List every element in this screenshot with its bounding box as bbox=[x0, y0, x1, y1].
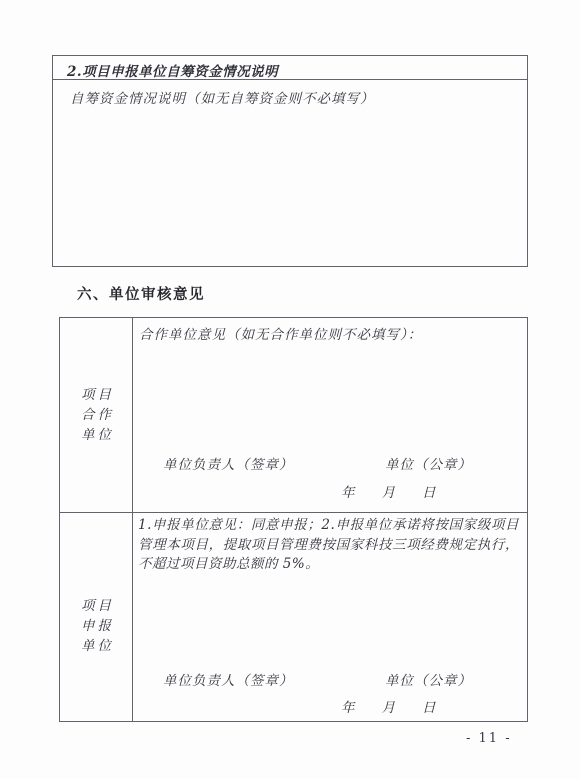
self-fund-table: 2.项目申报单位自筹资金情况说明 自筹资金情况说明（如无自筹资金则不必填写） bbox=[52, 55, 528, 267]
applicant-seal-label: 单位（公章） bbox=[385, 669, 472, 689]
cooperation-opinion-cell: 合作单位意见（如无合作单位则不必填写）： 单位负责人（签章） 单位（公章） 年 … bbox=[133, 318, 527, 513]
section-six-title: 六、单位审核意见 bbox=[77, 283, 205, 304]
cooperation-signer-label: 单位负责人（签章） bbox=[163, 453, 294, 473]
applicant-signer-label: 单位负责人（签章） bbox=[163, 669, 294, 689]
applicant-unit-line: 申报 bbox=[78, 616, 114, 636]
applicant-date-label: 年 月 日 bbox=[341, 696, 436, 716]
cooperation-opinion-label: 合作单位意见（如无合作单位则不必填写）： bbox=[139, 323, 422, 343]
cooperation-unit-line: 单位 bbox=[78, 425, 114, 445]
unit-review-table: 项目 合作 单位 合作单位意见（如无合作单位则不必填写）： 单位负责人（签章） … bbox=[59, 317, 528, 722]
document-page: 2.项目申报单位自筹资金情况说明 自筹资金情况说明（如无自筹资金则不必填写） 六… bbox=[0, 0, 580, 779]
self-fund-table-header: 2.项目申报单位自筹资金情况说明 bbox=[53, 56, 527, 80]
applicant-opinion-cell: 1.申报单位意见：同意申报；2.申报单位承诺将按国家级项目管理本项目，提取项目管… bbox=[133, 513, 527, 721]
cooperation-seal-label: 单位（公章） bbox=[385, 453, 472, 473]
cooperation-unit-line: 项目 bbox=[78, 385, 114, 405]
self-fund-note-cell: 自筹资金情况说明（如无自筹资金则不必填写） bbox=[53, 80, 527, 107]
self-fund-note-label: 自筹资金情况说明（如无自筹资金则不必填写） bbox=[70, 91, 375, 107]
page-number: - 11 - bbox=[466, 731, 512, 746]
applicant-unit-line: 项目 bbox=[78, 596, 114, 616]
applicant-unit-line: 单位 bbox=[78, 636, 114, 656]
cooperation-date-label: 年 月 日 bbox=[341, 481, 436, 501]
cooperation-unit-header-cell: 项目 合作 单位 bbox=[60, 318, 133, 513]
applicant-unit-header-cell: 项目 申报 单位 bbox=[60, 513, 133, 721]
cooperation-unit-line: 合作 bbox=[78, 405, 114, 425]
applicant-opinion-text: 1.申报单位意见：同意申报；2.申报单位承诺将按国家级项目管理本项目，提取项目管… bbox=[138, 516, 519, 575]
